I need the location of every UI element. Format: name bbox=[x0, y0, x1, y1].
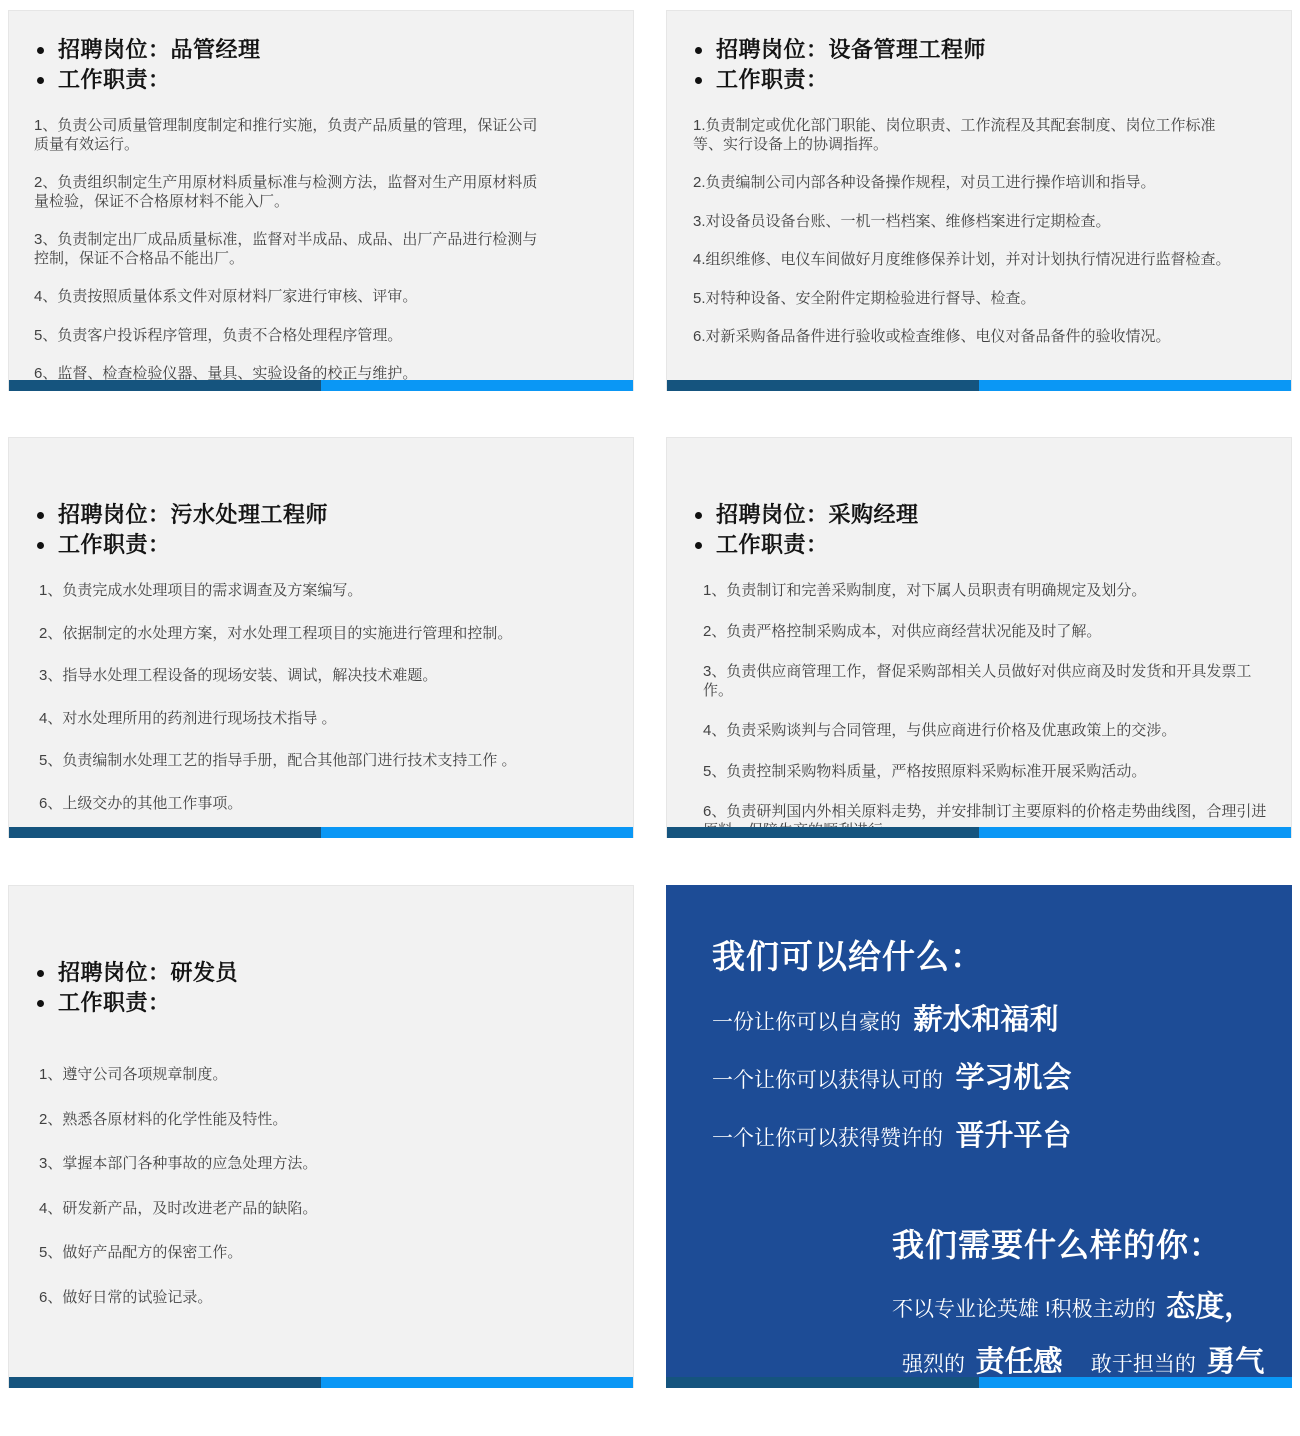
position-heading-text: 招聘岗位：设备管理工程师 bbox=[716, 35, 986, 65]
accent-bar-dark bbox=[667, 827, 979, 838]
duty-item: 2、负责组织制定生产用原材料质量标准与检测方法，监督对生产用原材料质量检验，保证… bbox=[34, 174, 552, 211]
duty-item: 4、负责按照质量体系文件对原材料厂家进行审核、评审。 bbox=[34, 288, 552, 307]
bullet-icon bbox=[695, 77, 702, 84]
offer-need-line: 强烈的 责任感 敢于担当的 勇气 bbox=[892, 1339, 1272, 1377]
duties-heading: 工作职责： bbox=[667, 530, 1291, 560]
job-card-body: 招聘岗位：品管经理 工作职责： 1、负责公司质量管理制度制定和推行实施，负责产品… bbox=[9, 11, 633, 380]
position-heading-text: 招聘岗位：品管经理 bbox=[58, 35, 261, 65]
duties-list: 1、负责制订和完善采购制度，对下属人员职责有明确规定及划分。 2、负责严格控制采… bbox=[667, 582, 1275, 827]
accent-bar-dark bbox=[667, 380, 979, 391]
offer-give-list: 一份让你可以自豪的 薪水和福利 一个让你可以获得认可的 学习机会 一个让你可以获… bbox=[712, 997, 1272, 1154]
accent-bar-dark bbox=[9, 380, 321, 391]
duties-heading-text: 工作职责： bbox=[58, 988, 171, 1018]
duties-heading: 工作职责： bbox=[9, 65, 633, 95]
duties-heading-text: 工作职责： bbox=[716, 65, 829, 95]
duties-list: 1、遵守公司各项规章制度。 2、熟悉各原材料的化学性能及特性。 3、掌握本部门各… bbox=[9, 1066, 599, 1307]
position-heading: 招聘岗位：品管经理 bbox=[9, 35, 633, 65]
duty-item: 3、掌握本部门各种事故的应急处理方法。 bbox=[39, 1155, 599, 1174]
duty-item: 6、上级交办的其他工作事项。 bbox=[39, 795, 599, 814]
bullet-icon bbox=[37, 970, 44, 977]
duty-item: 4、研发新产品，及时改进老产品的缺陷。 bbox=[39, 1200, 599, 1219]
offer-give-line: 一份让你可以自豪的 薪水和福利 bbox=[712, 997, 1272, 1038]
duties-heading: 工作职责： bbox=[9, 530, 633, 560]
duty-item: 2、依据制定的水处理方案，对水处理工程项目的实施进行管理和控制。 bbox=[39, 625, 599, 644]
job-card-equipment-engineer: 招聘岗位：设备管理工程师 工作职责： 1.负责制定或优化部门职能、岗位职责、工作… bbox=[666, 10, 1292, 391]
bullet-icon bbox=[37, 542, 44, 549]
offer-need-highlight: 责任感 bbox=[975, 1346, 1062, 1377]
accent-bar-dark bbox=[9, 1377, 321, 1388]
duties-heading-text: 工作职责： bbox=[58, 65, 171, 95]
duties-heading-text: 工作职责： bbox=[716, 530, 829, 560]
card-accent-bar bbox=[9, 1377, 633, 1388]
offer-give-line: 一个让你可以获得认可的 学习机会 bbox=[712, 1055, 1272, 1096]
offer-give-highlight: 学习机会 bbox=[955, 1062, 1071, 1094]
duty-item: 2.负责编制公司内部各种设备操作规程，对员工进行操作培训和指导。 bbox=[693, 174, 1238, 193]
offer-need-prefix: 敢于担当的 bbox=[1091, 1353, 1196, 1376]
duty-item: 4、对水处理所用的药剂进行现场技术指导 。 bbox=[39, 710, 599, 729]
accent-bar-bright bbox=[979, 827, 1291, 838]
duty-item: 1、遵守公司各项规章制度。 bbox=[39, 1066, 599, 1085]
duty-item: 6.对新采购备品备件进行验收或检查维修、电仪对备品备件的验收情况。 bbox=[693, 328, 1238, 347]
accent-bar-bright bbox=[321, 380, 633, 391]
duty-item: 3、负责制定出厂成品质量标准，监督对半成品、成品、出厂产品进行检测与控制，保证不… bbox=[34, 231, 552, 268]
duty-item: 4、负责采购谈判与合同管理，与供应商进行价格及优惠政策上的交涉。 bbox=[703, 722, 1275, 741]
card-accent-bar bbox=[667, 380, 1291, 391]
offer-give-prefix: 一个让你可以获得认可的 bbox=[712, 1069, 943, 1092]
card-accent-bar bbox=[9, 827, 633, 838]
duty-item: 5、做好产品配方的保密工作。 bbox=[39, 1244, 599, 1263]
offer-give-prefix: 一份让你可以自豪的 bbox=[712, 1011, 901, 1034]
accent-bar-bright bbox=[979, 380, 1291, 391]
job-card-body: 招聘岗位：设备管理工程师 工作职责： 1.负责制定或优化部门职能、岗位职责、工作… bbox=[667, 11, 1291, 380]
offer-need-highlight: 勇气 bbox=[1206, 1346, 1264, 1377]
card-accent-bar bbox=[667, 827, 1291, 838]
offer-card: 我们可以给什么： 一份让你可以自豪的 薪水和福利 一个让你可以获得认可的 学习机… bbox=[666, 885, 1292, 1388]
duty-item: 1、负责公司质量管理制度制定和推行实施，负责产品质量的管理，保证公司质量有效运行… bbox=[34, 117, 552, 154]
duty-item: 5.对特种设备、安全附件定期检验进行督导、检查。 bbox=[693, 290, 1238, 309]
bullet-icon bbox=[37, 77, 44, 84]
job-card-body: 招聘岗位：研发员 工作职责： 1、遵守公司各项规章制度。 2、熟悉各原材料的化学… bbox=[9, 886, 633, 1377]
duty-item: 4.组织维修、电仪车间做好月度维修保养计划，并对计划执行情况进行监督检查。 bbox=[693, 251, 1238, 270]
duties-list: 1、负责公司质量管理制度制定和推行实施，负责产品质量的管理，保证公司质量有效运行… bbox=[9, 117, 552, 380]
duty-item: 5、负责客户投诉程序管理，负责不合格处理程序管理。 bbox=[34, 327, 552, 346]
offer-give-prefix: 一个让你可以获得赞许的 bbox=[712, 1127, 943, 1150]
duties-heading-text: 工作职责： bbox=[58, 530, 171, 560]
job-card-headings: 招聘岗位：污水处理工程师 工作职责： bbox=[9, 500, 633, 560]
position-heading-text: 招聘岗位：污水处理工程师 bbox=[58, 500, 328, 530]
duty-item: 6、做好日常的试验记录。 bbox=[39, 1289, 599, 1308]
duty-item: 3、负责供应商管理工作，督促采购部相关人员做好对供应商及时发货和开具发票工作。 bbox=[703, 663, 1275, 700]
position-heading: 招聘岗位：设备管理工程师 bbox=[667, 35, 1291, 65]
duties-list: 1、负责完成水处理项目的需求调查及方案编写。 2、依据制定的水处理方案，对水处理… bbox=[9, 582, 599, 813]
job-card-purchasing-manager: 招聘岗位：采购经理 工作职责： 1、负责制订和完善采购制度，对下属人员职责有明确… bbox=[666, 437, 1292, 838]
job-card-headings: 招聘岗位：采购经理 工作职责： bbox=[667, 500, 1291, 560]
job-card-headings: 招聘岗位：品管经理 工作职责： bbox=[9, 35, 633, 95]
position-heading: 招聘岗位：污水处理工程师 bbox=[9, 500, 633, 530]
bullet-icon bbox=[695, 47, 702, 54]
offer-give-line: 一个让你可以获得赞许的 晋升平台 bbox=[712, 1113, 1272, 1154]
job-card-quality-manager: 招聘岗位：品管经理 工作职责： 1、负责公司质量管理制度制定和推行实施，负责产品… bbox=[8, 10, 634, 391]
offer-need-line: 不以专业论英雄 !积极主动的 态度， bbox=[892, 1284, 1272, 1325]
duty-item: 1、负责制订和完善采购制度，对下属人员职责有明确规定及划分。 bbox=[703, 582, 1275, 601]
duties-list: 1.负责制定或优化部门职能、岗位职责、工作流程及其配套制度、岗位工作标准等、实行… bbox=[667, 117, 1238, 347]
offer-give-highlight: 薪水和福利 bbox=[913, 1004, 1058, 1036]
offer-card-body: 我们可以给什么： 一份让你可以自豪的 薪水和福利 一个让你可以获得认可的 学习机… bbox=[666, 885, 1292, 1377]
position-heading: 招聘岗位：研发员 bbox=[9, 958, 633, 988]
accent-bar-dark bbox=[9, 827, 321, 838]
offer-need-section: 我们需要什么样的你： 不以专业论英雄 !积极主动的 态度， 强烈的 责任感 敢于… bbox=[712, 1226, 1272, 1377]
offer-need-prefix: 不以专业论英雄 !积极主动的 bbox=[892, 1298, 1156, 1321]
position-heading-text: 招聘岗位：采购经理 bbox=[716, 500, 919, 530]
offer-need-highlight: 态度， bbox=[1166, 1291, 1253, 1323]
duty-item: 2、熟悉各原材料的化学性能及特性。 bbox=[39, 1111, 599, 1130]
duty-item: 6、监督、检查检验仪器、量具、实验设备的校正与维护。 bbox=[34, 365, 552, 380]
bullet-icon bbox=[695, 542, 702, 549]
bullet-icon bbox=[37, 47, 44, 54]
offer-give-heading: 我们可以给什么： bbox=[712, 937, 1272, 977]
bullet-icon bbox=[37, 1000, 44, 1007]
job-card-headings: 招聘岗位：设备管理工程师 工作职责： bbox=[667, 35, 1291, 95]
position-heading-text: 招聘岗位：研发员 bbox=[58, 958, 238, 988]
job-card-rd-staff: 招聘岗位：研发员 工作职责： 1、遵守公司各项规章制度。 2、熟悉各原材料的化学… bbox=[8, 885, 634, 1388]
duty-item: 1、负责完成水处理项目的需求调查及方案编写。 bbox=[39, 582, 599, 601]
duty-item: 6、负责研判国内外相关原料走势，并安排制订主要原料的价格走势曲线图，合理引进原料… bbox=[703, 803, 1275, 827]
accent-bar-dark bbox=[666, 1377, 979, 1388]
bullet-icon bbox=[37, 512, 44, 519]
duties-heading: 工作职责： bbox=[9, 988, 633, 1018]
job-card-body: 招聘岗位：污水处理工程师 工作职责： 1、负责完成水处理项目的需求调查及方案编写… bbox=[9, 438, 633, 827]
job-card-water-treatment-engineer: 招聘岗位：污水处理工程师 工作职责： 1、负责完成水处理项目的需求调查及方案编写… bbox=[8, 437, 634, 838]
card-accent-bar bbox=[9, 380, 633, 391]
offer-need-prefix: 强烈的 bbox=[902, 1353, 965, 1376]
bullet-icon bbox=[695, 512, 702, 519]
accent-bar-bright bbox=[979, 1377, 1292, 1388]
accent-bar-bright bbox=[321, 1377, 633, 1388]
duties-heading: 工作职责： bbox=[667, 65, 1291, 95]
offer-give-highlight: 晋升平台 bbox=[955, 1120, 1071, 1152]
duty-item: 5、负责编制水处理工艺的指导手册，配合其他部门进行技术支持工作 。 bbox=[39, 752, 599, 771]
duty-item: 5、负责控制采购物料质量，严格按照原料采购标准开展采购活动。 bbox=[703, 763, 1275, 782]
job-card-headings: 招聘岗位：研发员 工作职责： bbox=[9, 958, 633, 1018]
duty-item: 2、负责严格控制采购成本，对供应商经营状况能及时了解。 bbox=[703, 623, 1275, 642]
position-heading: 招聘岗位：采购经理 bbox=[667, 500, 1291, 530]
card-accent-bar bbox=[666, 1377, 1292, 1388]
offer-need-heading: 我们需要什么样的你： bbox=[892, 1226, 1272, 1264]
job-card-body: 招聘岗位：采购经理 工作职责： 1、负责制订和完善采购制度，对下属人员职责有明确… bbox=[667, 438, 1291, 827]
accent-bar-bright bbox=[321, 827, 633, 838]
duty-item: 1.负责制定或优化部门职能、岗位职责、工作流程及其配套制度、岗位工作标准等、实行… bbox=[693, 117, 1238, 154]
duty-item: 3、指导水处理工程设备的现场安装、调试，解决技术难题。 bbox=[39, 667, 599, 686]
duty-item: 3.对设备员设备台账、一机一档档案、维修档案进行定期检查。 bbox=[693, 213, 1238, 232]
